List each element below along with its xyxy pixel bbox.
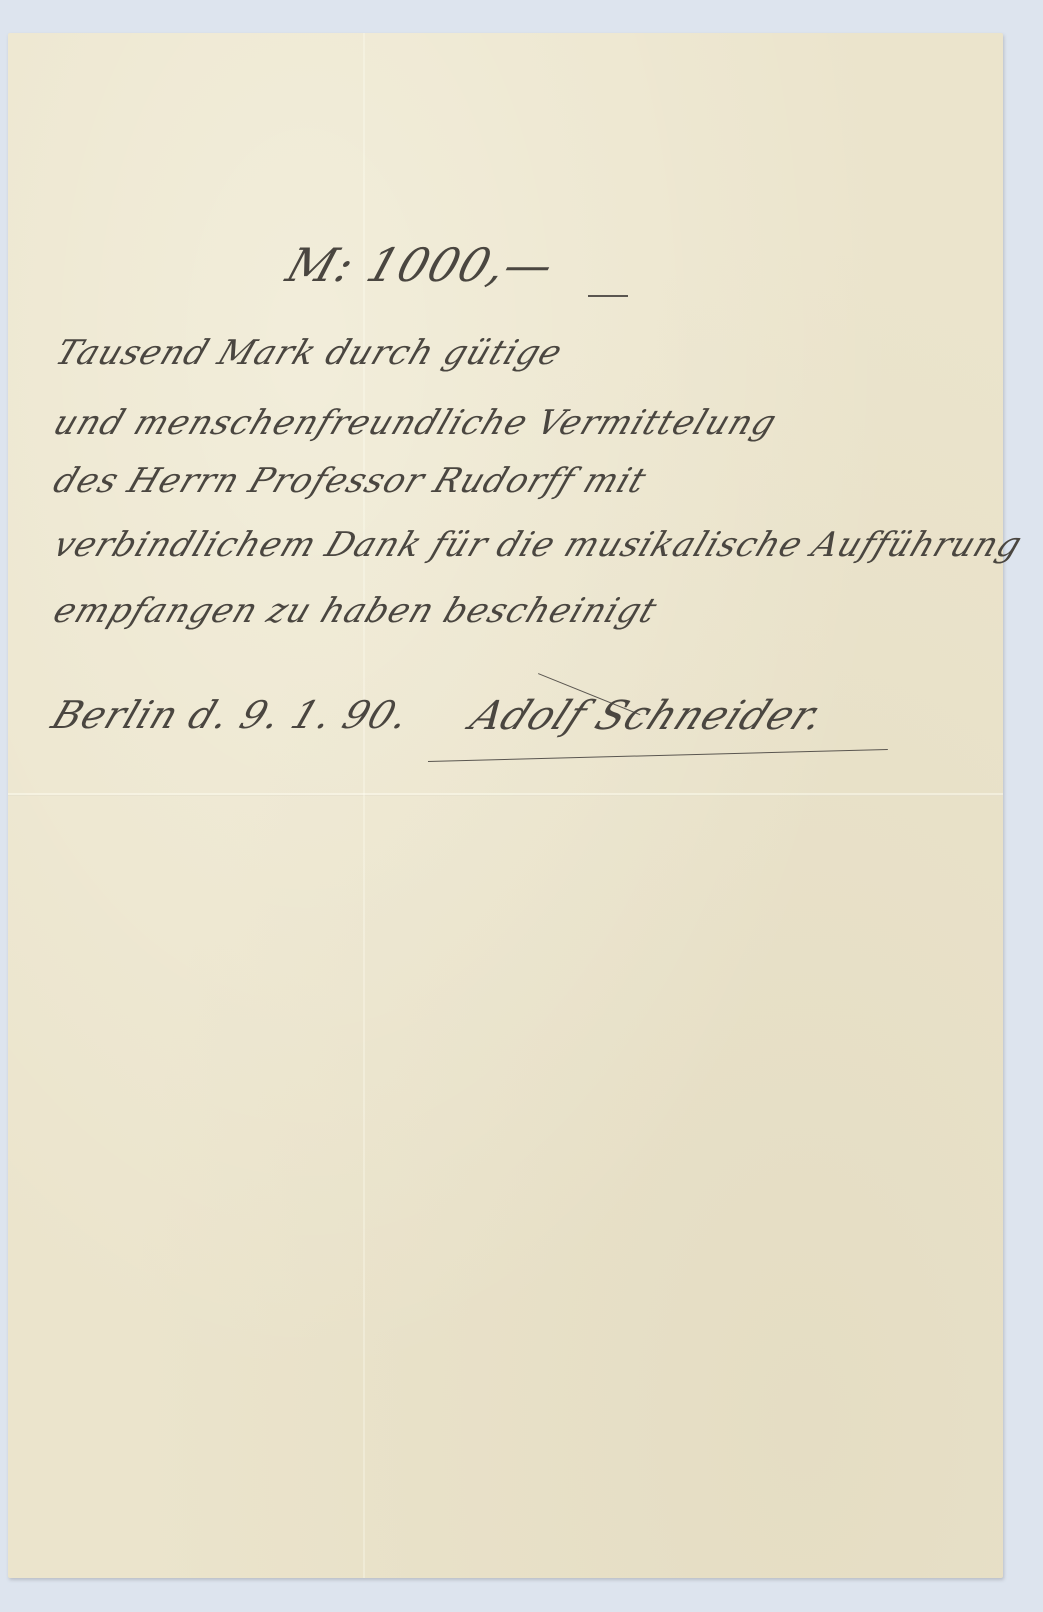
amount-dash: [588, 295, 628, 297]
body-line-2: und menschenfreundliche Vermittelung: [48, 403, 783, 443]
body-line-1: Tausend Mark durch gütige: [50, 333, 568, 373]
body-line-4: verbindlichem Dank für die musikalische …: [48, 525, 1028, 565]
letter-sheet: M: 1000,— Tausend Mark durch gütige und …: [8, 33, 1003, 1578]
receipt-amount: M: 1000,—: [280, 238, 561, 292]
horizontal-fold-crease: [8, 793, 1003, 796]
body-line-3: des Herrn Professor Rudorff mit: [48, 461, 652, 501]
body-line-5: empfangen zu haben bescheinigt: [48, 591, 663, 631]
signature: Adolf Schneider.: [463, 693, 833, 739]
place-and-date: Berlin d. 9. 1. 90.: [46, 693, 416, 737]
signature-underline: [428, 749, 888, 763]
